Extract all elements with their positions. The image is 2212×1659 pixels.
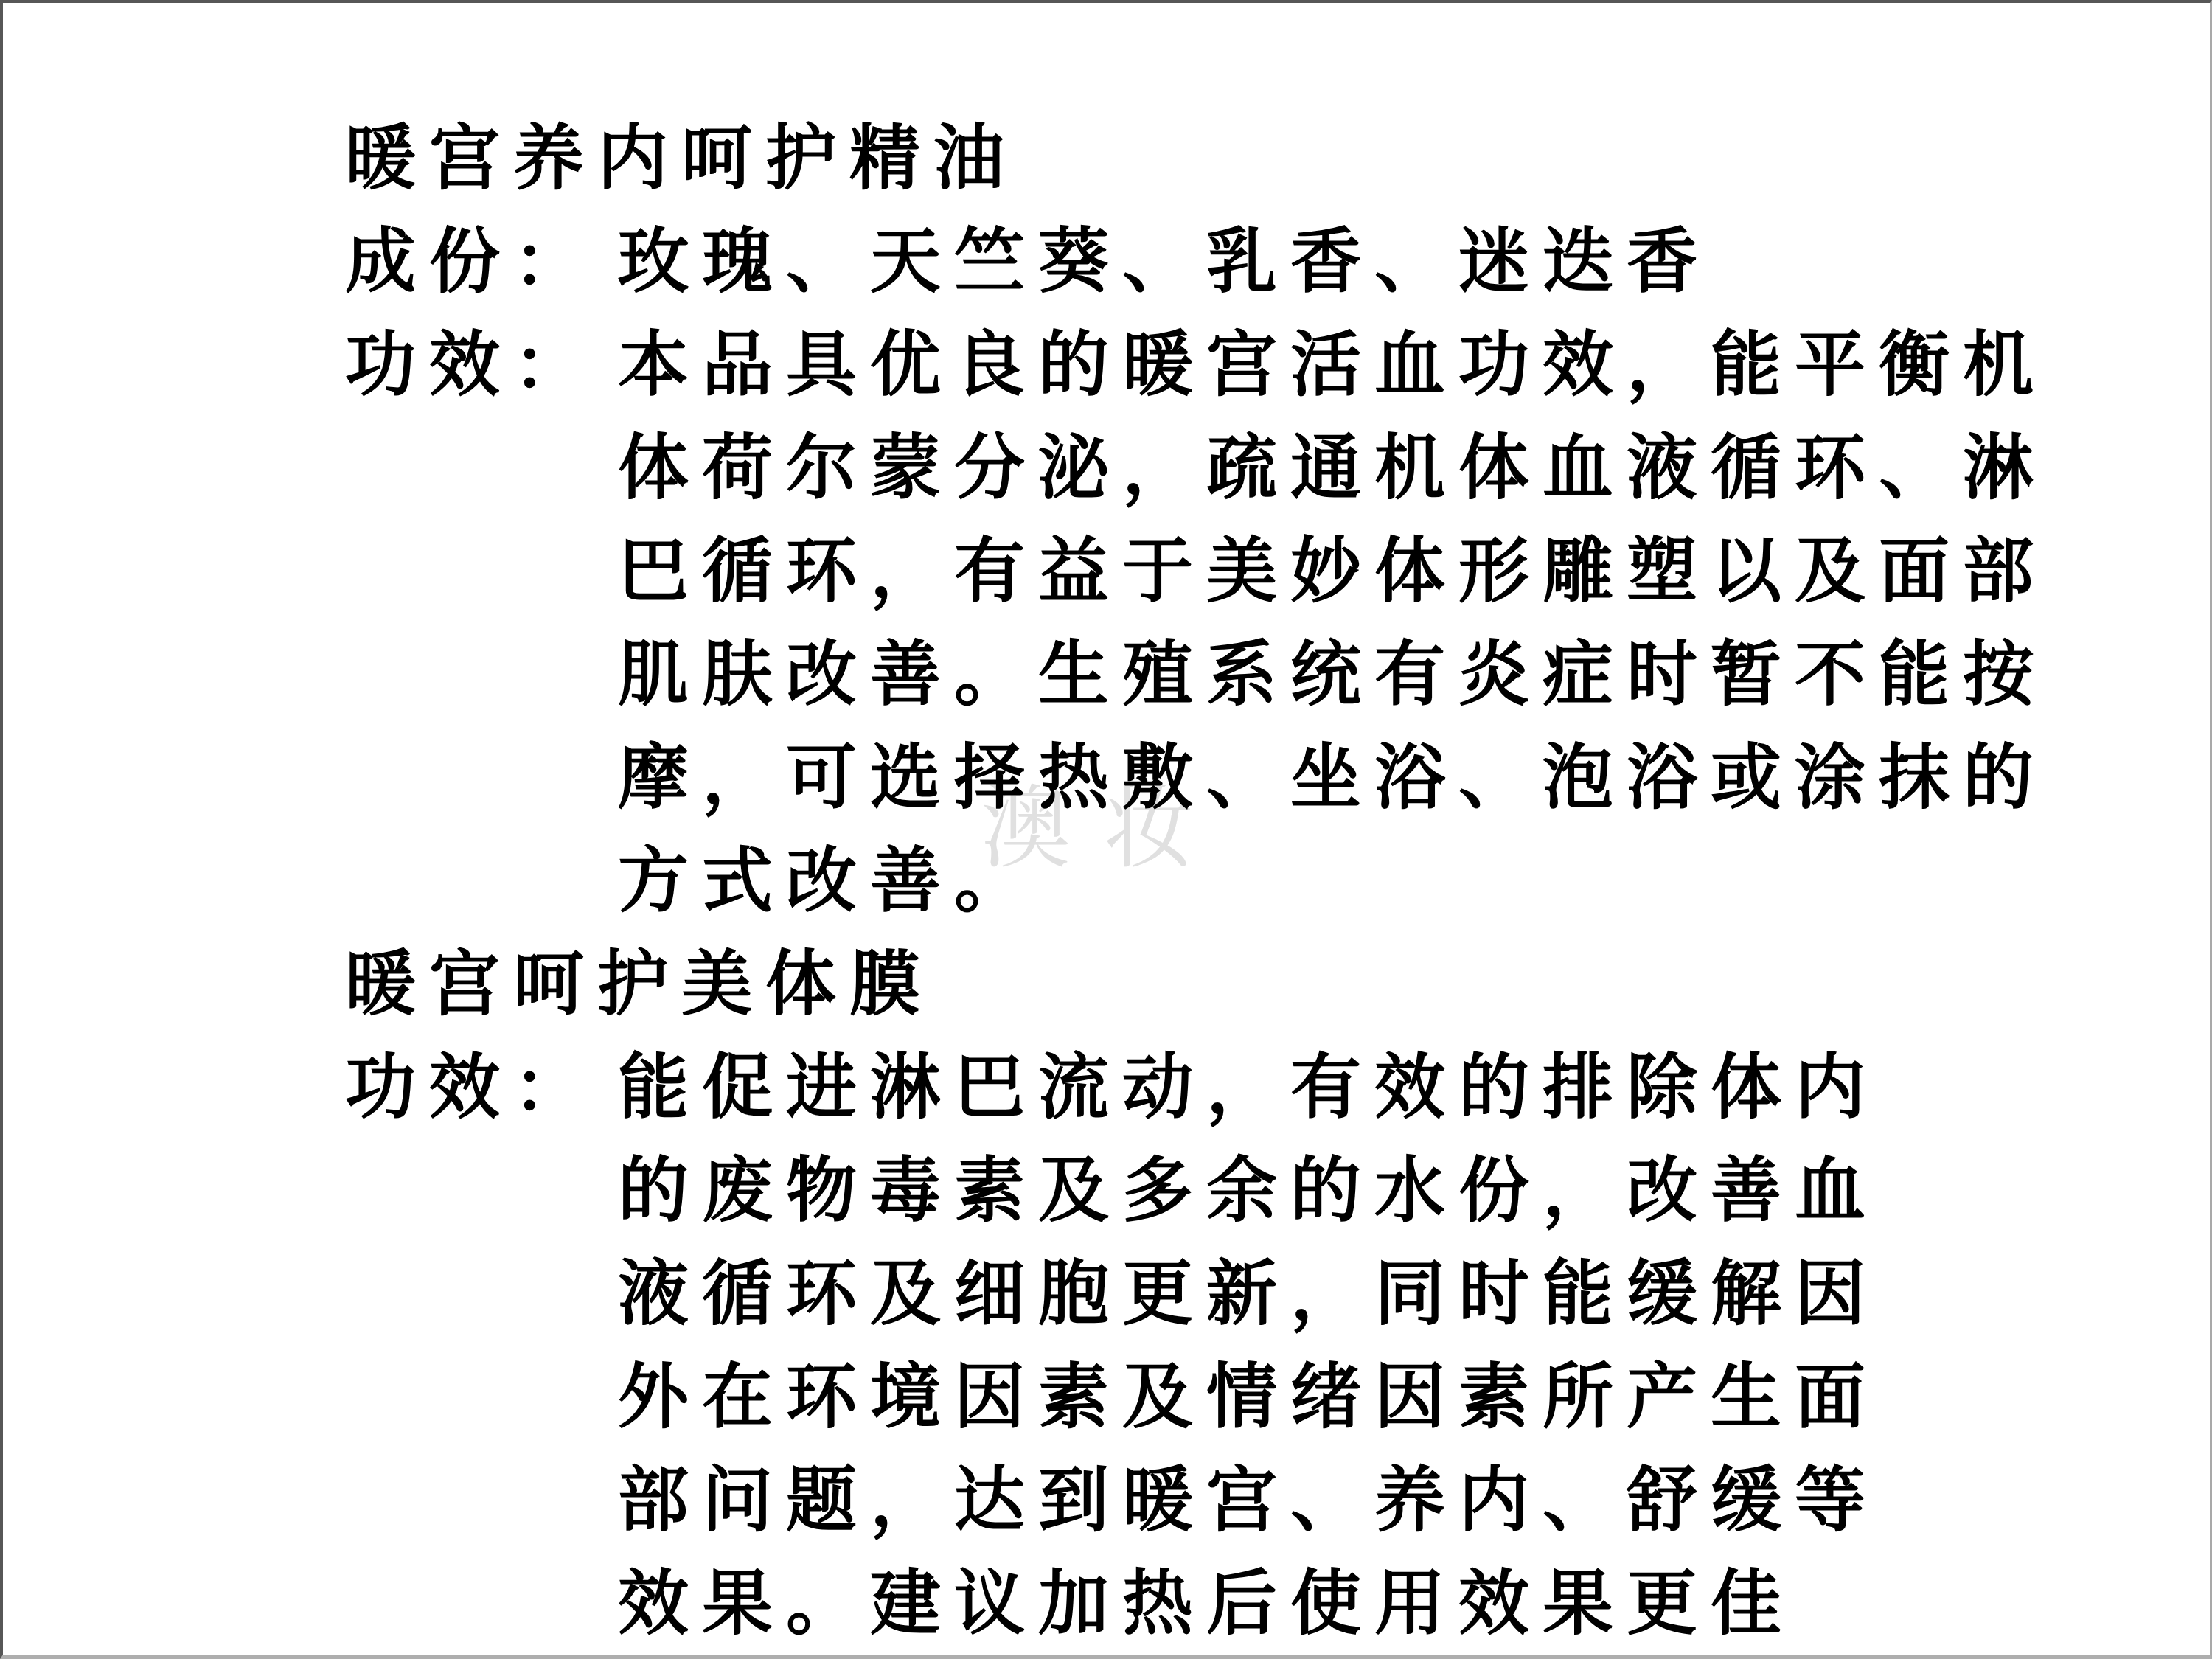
entry-ingredients: 成份： 玫瑰、天竺葵、乳香、迷迭香 bbox=[345, 209, 2166, 313]
text-line: 方式改善。 bbox=[618, 829, 2166, 932]
text-line: 的废物毒素及多余的水份，改善血 bbox=[618, 1138, 2166, 1242]
text-line: 部问题，达到暖宫、养内、舒缓等 bbox=[618, 1448, 2166, 1551]
entry-effects-mask: 功效： 能促进淋巴流动，有效的排除体内 的废物毒素及多余的水份，改善血 液循环及… bbox=[345, 1035, 2166, 1655]
entry-text-ingredients: 玫瑰、天竺葵、乳香、迷迭香 bbox=[618, 209, 2166, 313]
text-line: 肌肤改善。生殖系统有炎症时暂不能按 bbox=[618, 622, 2166, 726]
entry-label-effects-mask: 功效： bbox=[345, 1035, 618, 1138]
entry-text-effects-oil: 本品具优良的暖宫活血功效，能平衡机 体荷尔蒙分泌，疏通机体血液循环、淋 巴循环，… bbox=[618, 313, 2166, 932]
document-page: 澳妆 暖宫养内呵护精油 成份： 玫瑰、天竺葵、乳香、迷迭香 功效： 本品具优良的… bbox=[0, 0, 2212, 1659]
text-line: 能促进淋巴流动，有效的排除体内 bbox=[618, 1035, 2166, 1138]
entry-text-effects-mask: 能促进淋巴流动，有效的排除体内 的废物毒素及多余的水份，改善血 液循环及细胞更新… bbox=[618, 1035, 2166, 1655]
text-line: 巴循环，有益于美妙体形雕塑以及面部 bbox=[618, 519, 2166, 622]
text-line: 摩，可选择热敷、坐浴、泡浴或涂抹的 bbox=[618, 726, 2166, 829]
entry-effects-oil: 功效： 本品具优良的暖宫活血功效，能平衡机 体荷尔蒙分泌，疏通机体血液循环、淋 … bbox=[345, 313, 2166, 932]
entry-label-ingredients: 成份： bbox=[345, 209, 618, 313]
text-line: 效果。建议加热后使用效果更佳 bbox=[618, 1551, 2166, 1655]
text-line: 外在环境因素及情绪因素所产生面 bbox=[618, 1345, 2166, 1448]
section-title-essential-oil: 暖宫养内呵护精油 bbox=[345, 106, 2166, 209]
text-line: 体荷尔蒙分泌，疏通机体血液循环、淋 bbox=[618, 416, 2166, 519]
entry-label-effects-oil: 功效： bbox=[345, 313, 618, 416]
text-line: 玫瑰、天竺葵、乳香、迷迭香 bbox=[618, 209, 2166, 313]
section-title-body-mask: 暖宫呵护美体膜 bbox=[345, 932, 2166, 1035]
text-line: 本品具优良的暖宫活血功效，能平衡机 bbox=[618, 313, 2166, 416]
text-line: 液循环及细胞更新，同时能缓解因 bbox=[618, 1242, 2166, 1345]
document-content: 暖宫养内呵护精油 成份： 玫瑰、天竺葵、乳香、迷迭香 功效： 本品具优良的暖宫活… bbox=[345, 106, 2166, 1655]
